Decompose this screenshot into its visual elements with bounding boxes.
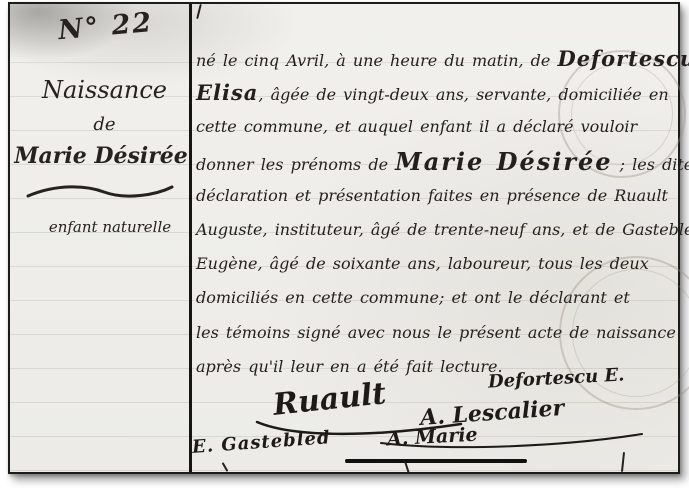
body-text: ; les dites <box>613 155 689 174</box>
ink-stroke <box>222 462 229 472</box>
body-line: déclaration et présentation faites en pr… <box>196 179 682 213</box>
ink-stroke <box>621 452 625 472</box>
body-line: Auguste, instituteur, âgé de trente-neuf… <box>196 213 682 247</box>
act-type-label: Naissance <box>22 76 187 104</box>
body-text: Auguste, instituteur, âgé de trente-neuf… <box>196 220 689 239</box>
body-line: Elisa, âgée de vingt-deux ans, servante,… <box>196 76 682 110</box>
body-line: donner les prénoms de Marie Désirée ; le… <box>196 145 682 179</box>
body-line: né le cinq Avril, à une heure du matin, … <box>196 42 682 76</box>
body-line: cette commune, et auquel enfant il a déc… <box>196 110 682 144</box>
act-type-connector: de <box>22 114 187 135</box>
signature-underline <box>345 459 527 463</box>
body-line: Eugène, âgé de soixante ans, laboureur, … <box>196 247 682 281</box>
body-text: déclaration et présentation faites en pr… <box>196 186 668 205</box>
flourish-swash <box>24 180 176 204</box>
margin-child-name: Marie Désirée <box>10 143 192 169</box>
body-text: donner les prénoms de <box>196 155 395 174</box>
body-text: cette commune, et auquel enfant il a déc… <box>196 117 637 136</box>
document-scan: N° 22 Naissance de Marie Désirée enfant … <box>8 2 680 474</box>
body-text: domiciliés en cette commune; et ont le d… <box>196 288 630 307</box>
body-text: après qu'il leur en a été fait lecture. <box>196 357 503 376</box>
ink-stroke <box>196 4 202 19</box>
body-emphasized-name: Marie Désirée <box>395 147 612 176</box>
body-text: né le cinq Avril, à une heure du matin, … <box>196 51 557 70</box>
record-number: N° 22 <box>57 5 179 46</box>
body-text: Eugène, âgé de soixante ans, laboureur, … <box>196 254 649 273</box>
body-line: domiciliés en cette commune; et ont le d… <box>196 281 682 315</box>
body-emphasized-name: Defortescu <box>557 46 689 71</box>
scanned-birth-record-page: N° 22 Naissance de Marie Désirée enfant … <box>0 0 689 488</box>
margin-separator-line <box>189 4 192 472</box>
body-text: , âgée de vingt-deux ans, servante, domi… <box>258 85 668 104</box>
ink-stroke <box>404 462 409 473</box>
body-line: les témoins signé avec nous le présent a… <box>196 316 682 350</box>
body-text: les témoins signé avec nous le présent a… <box>196 323 676 342</box>
signature-gastebled: E. Gastebled <box>191 427 331 458</box>
body-emphasized-name: Elisa <box>196 80 258 105</box>
margin-note: enfant naturelle <box>36 218 184 236</box>
